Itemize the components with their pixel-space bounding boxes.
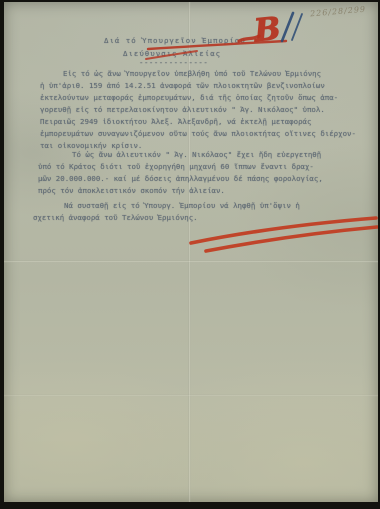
recipient-line: Διά τό Ὑπουργεῖον Ἐμπορίου bbox=[104, 36, 246, 45]
red-letter-b-mark: B bbox=[251, 11, 282, 50]
text-line: ἐμπορευμάτων συναγωνιζόμενον οὕτω τούς ἄ… bbox=[40, 128, 356, 140]
red-double-slash-lower bbox=[206, 227, 377, 251]
pencil-file-number: 226/28/299 bbox=[310, 5, 367, 19]
typed-document: 226/28/299 Διά τό Ὑπουργεῖον Ἐμπορίου Δι… bbox=[4, 2, 378, 502]
text-line: Πειραιῶς 2949 ἰδιοκτήτου Ἀλεξ. Ἀλεξανδρῆ… bbox=[40, 116, 356, 128]
text-line: Τό ὡς ἄνω ἁλιευτικόν " Ἁγ. Νικόλαος" ἔχε… bbox=[38, 149, 323, 161]
text-line: γορευθῇ εἰς τό πετρελαιοκίνητον ἁλιευτικ… bbox=[40, 104, 356, 116]
scanned-document-photo: 226/28/299 Διά τό Ὑπουργεῖον Ἐμπορίου Δι… bbox=[0, 0, 380, 509]
text-line: Εἰς τό ὡς ἄνω Ὑπουργεῖον ὑπεβλήθη ὑπό το… bbox=[40, 68, 356, 80]
text-line: σχετική ἀναφορά τοῦ Τελώνου Ἑρμιόνης. bbox=[33, 212, 300, 224]
text-line: πρός τόν ἀποκλειστικόν σκοπόν τήν ἁλιεία… bbox=[38, 185, 323, 197]
blue-one-stroke bbox=[292, 14, 302, 40]
paragraph-1: Εἰς τό ὡς ἄνω Ὑπουργεῖον ὑπεβλήθη ὑπό το… bbox=[40, 68, 356, 152]
document-paper: 226/28/299 Διά τό Ὑπουργεῖον Ἐμπορίου Δι… bbox=[4, 2, 378, 502]
text-line: ἡ ὑπ'ἀριθ. 159 ἀπό 14.2.51 ἀναφορά τῶν π… bbox=[40, 80, 356, 92]
text-line: μῶν 20.000.000.- καί μέ δόσεις ἀπηλλαγμέ… bbox=[38, 173, 323, 185]
text-line: ἐκτελούντων μεταφοράς ἐμπορευμάτων, διά … bbox=[40, 92, 356, 104]
paragraph-2: Τό ὡς ἄνω ἁλιευτικόν " Ἁγ. Νικόλαος" ἔχε… bbox=[38, 149, 323, 197]
text-line: Νά συσταθῇ εἰς τό Ὑπουργ. Ἐμπορίου νά λη… bbox=[33, 200, 300, 212]
recipient-department-line: Διεύθυνσις Ἁλιείας bbox=[123, 49, 221, 58]
text-line: ὑπό τό Κράτος διότι τοῦ ἐχορηγήθη μηχανή… bbox=[38, 161, 323, 173]
typed-divider: -------------- bbox=[139, 58, 208, 67]
blue-slash-stroke bbox=[282, 13, 293, 41]
paragraph-3: Νά συσταθῇ εἰς τό Ὑπουργ. Ἐμπορίου νά λη… bbox=[33, 200, 300, 224]
